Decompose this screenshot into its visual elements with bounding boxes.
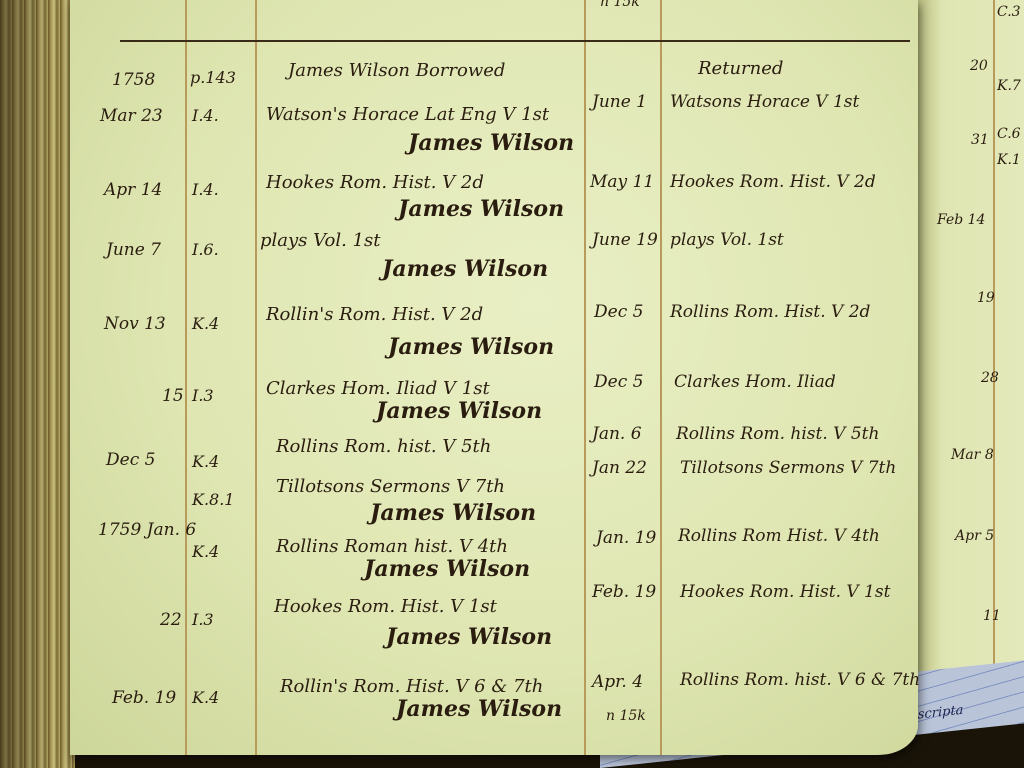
returned-title: Hookes Rom. Hist. V 1st [680, 582, 890, 602]
shelf-mark: I.4. [192, 106, 219, 125]
returned-title: Rollins Rom. hist. V 5th [676, 424, 879, 444]
returned-title: Watsons Horace V 1st [670, 92, 859, 112]
book-title: Clarkes Hom. Iliad V 1st [266, 378, 490, 399]
borrower-signature: James Wilson [396, 696, 562, 722]
book-title: Rollin's Rom. Hist. V 2d [266, 304, 483, 325]
shelf-mark: I.3 [192, 386, 214, 405]
return-date: May 11 [590, 172, 654, 192]
borrow-date: Nov 13 [104, 314, 166, 334]
facing-shelf: C.3 [997, 4, 1021, 20]
shelf-mark: K.4 [192, 688, 219, 707]
ledger-page: n 15k 1758 p.143 James Wilson Borrowed R… [70, 0, 918, 755]
borrow-date: 22 [160, 610, 182, 630]
facing-page: C.3 20 K.7 31 C.6 K.1 Feb 14 19 28 Mar 8… [915, 0, 1024, 700]
borrow-date: Mar 23 [100, 106, 163, 126]
shelf-mark: I.4. [192, 180, 219, 199]
column-rule [660, 0, 662, 755]
return-date: Feb. 19 [592, 582, 656, 602]
borrower-signature: James Wilson [382, 256, 548, 282]
facing-date: Mar 8 [951, 447, 994, 463]
borrower-signature: James Wilson [398, 196, 564, 222]
borrow-date: Apr 14 [104, 180, 162, 200]
returned-title: Rollins Rom Hist. V 4th [678, 526, 880, 546]
facing-shelf: K.1 [997, 152, 1021, 168]
facing-page-rule [993, 0, 995, 700]
return-date: Dec 5 [594, 302, 643, 322]
return-date: June 1 [592, 92, 647, 112]
book-page-edges [0, 0, 75, 768]
return-date: Jan 22 [592, 458, 647, 478]
returned-title: plays Vol. 1st [670, 230, 784, 250]
returned-title: Tillotsons Sermons V 7th [680, 458, 896, 478]
facing-date: Feb 14 [937, 212, 985, 228]
shelf-mark: K.4 [192, 314, 219, 333]
returned-title: Clarkes Hom. Iliad [674, 372, 836, 392]
borrower-signature: James Wilson [386, 624, 552, 650]
facing-date: 28 [981, 370, 999, 386]
column-rule [584, 0, 586, 755]
return-date: June 19 [592, 230, 658, 250]
shelf-mark: I.6. [192, 240, 219, 259]
returned-heading: Returned [698, 58, 783, 79]
returned-title: Rollins Rom. Hist. V 2d [670, 302, 870, 322]
borrower-signature: James Wilson [370, 500, 536, 526]
book-title: Watson's Horace Lat Eng V 1st [266, 104, 549, 125]
facing-shelf: K.7 [997, 78, 1021, 94]
book-title: plays Vol. 1st [260, 230, 380, 251]
column-rule [255, 0, 257, 755]
borrower-signature: James Wilson [388, 334, 554, 360]
shelf-mark: K.8.1 [192, 490, 234, 509]
page-reference: p.143 [190, 68, 236, 87]
borrower-signature: James Wilson [408, 130, 574, 156]
borrower-signature: James Wilson [364, 556, 530, 582]
borrowed-heading: James Wilson Borrowed [288, 60, 505, 81]
book-title: Rollins Roman hist. V 4th [276, 536, 508, 557]
borrow-date: Feb. 19 [112, 688, 176, 708]
facing-date: 31 [971, 132, 989, 148]
header-rule [120, 40, 910, 42]
book-title: Tillotsons Sermons V 7th [276, 476, 505, 497]
book-title: Rollins Rom. hist. V 5th [276, 436, 491, 457]
return-date: Jan. 19 [596, 528, 656, 548]
return-date: Apr. 4 [592, 672, 643, 692]
shelf-mark: I.3 [192, 610, 214, 629]
return-date: Dec 5 [594, 372, 643, 392]
book-title: Rollin's Rom. Hist. V 6 & 7th [280, 676, 543, 697]
top-fragment: n 15k [600, 0, 640, 10]
borrow-date: June 7 [106, 240, 161, 260]
facing-date: 11 [983, 608, 1001, 624]
facing-date: 19 [977, 290, 995, 306]
bottom-note: n 15k [606, 708, 646, 724]
year-label: 1758 [112, 70, 155, 90]
book-title: Hookes Rom. Hist. V 1st [274, 596, 497, 617]
column-rule [185, 0, 187, 755]
facing-date: Apr 5 [955, 528, 994, 544]
returned-title: Hookes Rom. Hist. V 2d [670, 172, 876, 192]
shelf-mark: K.4 [192, 542, 219, 561]
borrow-date: Dec 5 [106, 450, 155, 470]
borrow-date: 1759 Jan. 6 [98, 520, 196, 540]
borrower-signature: James Wilson [376, 398, 542, 424]
book-title: Hookes Rom. Hist. V 2d [266, 172, 484, 193]
borrow-date: 15 [162, 386, 184, 406]
return-date: Jan. 6 [592, 424, 642, 444]
returned-title: Rollins Rom. hist. V 6 & 7th [680, 670, 920, 690]
shelf-mark: K.4 [192, 452, 219, 471]
facing-shelf: C.6 [997, 126, 1021, 142]
facing-date: 20 [970, 58, 988, 74]
